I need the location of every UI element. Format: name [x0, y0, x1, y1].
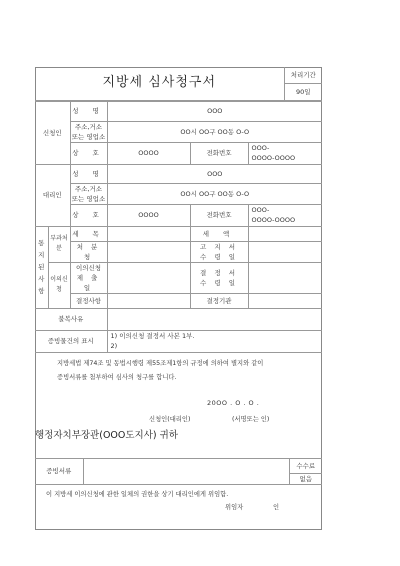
applicant-phone-value[interactable]: OOO-OOOO-OOOO: [248, 142, 322, 164]
agent-address-value[interactable]: OO시 OO구 OO동 O-O: [107, 183, 322, 204]
evidence-display-label: 증빙물건의 표시: [35, 330, 107, 352]
attachments-table: 증빙서류 수수료 없음: [35, 459, 322, 486]
statement-block: 지방세법 제74조 및 동법시행령 제55조제1항의 규정에 의하여 별지와 같…: [35, 353, 322, 459]
tax-amount-label: 세 액: [190, 226, 248, 241]
decision-label: 결정사항: [70, 293, 107, 308]
agent-address-label: 주소,거소또는 영업소: [70, 183, 107, 204]
phone-line2: OOOO-OOOO: [252, 154, 296, 162]
notice-label-line2: 된: [38, 263, 44, 271]
address-label-line1: 주소,거소: [75, 185, 102, 193]
agent-business-label: 상 호: [70, 204, 107, 226]
objection-label: 이의신청: [48, 262, 70, 308]
label-line1: 이의신청: [76, 264, 101, 272]
objection-submit-label: 이의신청제 출 일: [70, 262, 107, 293]
decision-value[interactable]: [107, 293, 190, 308]
signature-label[interactable]: (서명또는 인): [232, 414, 269, 423]
evidence-line1: 1) 이의신청 결정서 사본 1부.: [111, 332, 195, 340]
form-header: 지방세 심사청구서 처리기간 90일: [35, 67, 322, 101]
office-value[interactable]: [107, 241, 190, 262]
agent-business-value[interactable]: OOOO: [107, 204, 190, 226]
applicant-name-label: 성 명: [70, 101, 107, 121]
applicant-name-value[interactable]: OOO: [107, 101, 322, 121]
label-line2: 제 출 일: [77, 274, 101, 292]
delegation-text: 이 지방세 이의신청에 관한 일체의 권한을 상기 대리인에게 위임함.: [46, 489, 228, 498]
label-line2: 수 령 일: [200, 279, 238, 287]
applicant-section-label: 신청인: [35, 101, 70, 164]
applicant-address-value[interactable]: OO시 OO구 OO동 O-O: [107, 121, 322, 142]
attachments-label: 증빙서류: [35, 459, 83, 485]
agent-section-label: 대리인: [35, 164, 70, 226]
phone-line1: OOO-: [252, 144, 270, 152]
objection-submit-value[interactable]: [107, 262, 190, 293]
agent-name-value[interactable]: OOO: [107, 164, 322, 183]
applicant-address-label: 주소,거소또는 영업소: [70, 121, 107, 142]
notice-label-line1: 통지: [38, 239, 44, 259]
processing-period-value: 90일: [284, 83, 322, 100]
delegator-label: 위임자: [225, 502, 243, 511]
tax-item-label: 세 목: [70, 226, 107, 241]
address-label-line2: 또는 영업소: [72, 195, 105, 203]
applicant-phone-label: 전화번호: [190, 142, 248, 164]
decision-received-value[interactable]: [248, 262, 322, 293]
details-table: 신청인 성 명 OOO 주소,거소또는 영업소 OO시 OO구 OO동 O-O …: [35, 101, 322, 353]
decision-agency-value[interactable]: [248, 293, 322, 308]
notice-section-label: 통지된사항: [35, 226, 48, 308]
office-label: 처 분 청: [70, 241, 107, 262]
statement-line1: 지방세법 제74조 및 동법시행령 제55조제1항의 규정에 의하여 별지와 같…: [57, 358, 263, 367]
address-label-line2: 또는 영업소: [72, 133, 105, 141]
notice-received-value[interactable]: [248, 241, 322, 262]
fee-label: 수수료: [289, 459, 322, 474]
objection-reason-value[interactable]: [107, 308, 322, 330]
label-line1: 결 정 서: [200, 269, 238, 277]
agent-name-label: 성 명: [70, 164, 107, 183]
form-title: 지방세 심사청구서: [35, 67, 284, 100]
address-label-line1: 주소,거소: [75, 123, 102, 131]
seal-label[interactable]: 인: [273, 502, 279, 511]
signer-label: 신청인(대리인): [149, 414, 190, 423]
label-line1: 고 지 서: [200, 243, 238, 251]
agent-phone-label: 전화번호: [190, 204, 248, 226]
imposition-label: 부과처분: [48, 226, 70, 262]
delegation-block: 이 지방세 이의신청에 관한 일체의 권한을 상기 대리인에게 위임함. 위임자…: [35, 485, 322, 518]
evidence-line2: 2): [111, 342, 118, 350]
label-line2: 수 령 일: [200, 253, 238, 261]
tax-item-value[interactable]: [107, 226, 190, 241]
tax-review-request-form: 지방세 심사청구서 처리기간 90일 신청인 성 명 OOO 주소,거소또는 영…: [35, 67, 322, 518]
processing-period-label: 처리기간: [284, 67, 322, 83]
evidence-display-value[interactable]: 1) 이의신청 결정서 사본 1부.2): [107, 330, 322, 352]
applicant-business-value[interactable]: OOOO: [107, 142, 190, 164]
tax-amount-value[interactable]: [248, 226, 322, 241]
applicant-business-label: 상 호: [70, 142, 107, 164]
notice-label-line3: 사항: [38, 275, 44, 295]
statement-date[interactable]: 20OO . O . O .: [207, 399, 259, 407]
decision-received-label: 결 정 서수 령 일: [190, 262, 248, 293]
addressee: 행정자치부장관(OOO도지사) 귀하: [35, 427, 178, 441]
notice-received-label: 고 지 서수 령 일: [190, 241, 248, 262]
attachments-value[interactable]: [83, 459, 289, 485]
phone-line2: OOOO-OOOO: [252, 216, 296, 224]
agent-phone-value[interactable]: OOO-OOOO-OOOO: [248, 204, 322, 226]
decision-agency-label: 결정기관: [190, 293, 248, 308]
fee-value: 없음: [289, 474, 322, 485]
objection-reason-label: 불복사유: [35, 308, 107, 330]
phone-line1: OOO-: [252, 206, 270, 214]
statement-line2: 증빙서류를 첨부하여 심사의 청구를 합니다.: [57, 372, 177, 381]
